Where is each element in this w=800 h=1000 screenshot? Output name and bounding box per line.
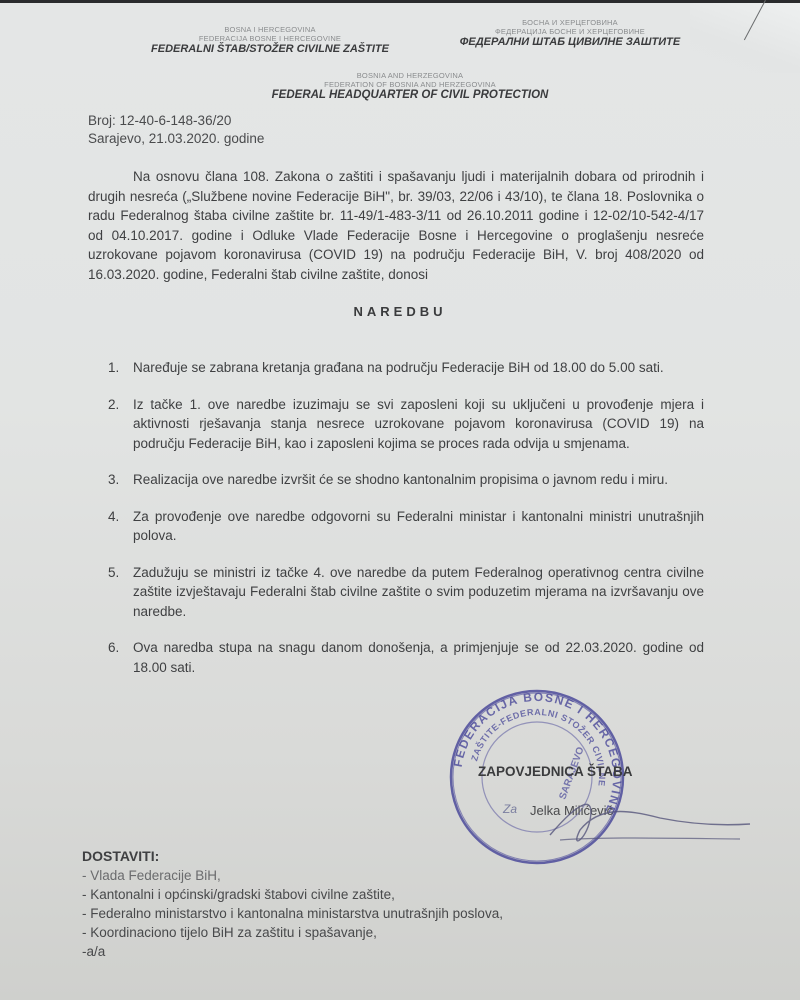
order-item: 1.Naređuje se zabrana kretanja građana n… bbox=[108, 358, 704, 378]
order-item-number: 6. bbox=[108, 638, 119, 658]
order-item-text: Ova naredba stupa na snagu danom donošen… bbox=[133, 640, 704, 675]
order-item-number: 5. bbox=[108, 563, 119, 583]
intro-paragraph: Na osnovu člana 108. Zakona o zaštiti i … bbox=[88, 167, 704, 284]
document-title: NAREDBU bbox=[0, 304, 800, 319]
distribution-item: - Kantonalni i općinski/gradski štabovi … bbox=[82, 885, 642, 904]
order-item-number: 2. bbox=[108, 395, 119, 415]
letterhead-right-line2: ФЕДЕРАЦИЈА БОСНЕ И ХЕРЦЕГОВИНЕ bbox=[440, 28, 700, 37]
place-date: Sarajevo, 21.03.2020. godine bbox=[88, 130, 264, 148]
order-items: 1.Naređuje se zabrana kretanja građana n… bbox=[108, 358, 704, 677]
letterhead-center-title: FEDERAL HEADQUARTER OF CIVIL PROTECTION bbox=[240, 89, 580, 102]
order-item-number: 4. bbox=[108, 507, 119, 527]
order-item-text: Iz tačke 1. ove naredbe izuzimaju se svi… bbox=[133, 397, 704, 451]
signatory-title: ZAPOVJEDNICA ŠTABA bbox=[478, 764, 633, 779]
distribution-item: -a/a bbox=[82, 942, 642, 961]
order-item: 6.Ova naredba stupa na snagu danom donoš… bbox=[108, 638, 704, 677]
order-item-text: Naređuje se zabrana kretanja građana na … bbox=[133, 360, 664, 375]
order-item-number: 1. bbox=[108, 358, 119, 378]
distribution-item: - Federalno ministarstvo i kantonalna mi… bbox=[82, 904, 642, 923]
order-item: 3.Realizacija ove naredbe izvršit će se … bbox=[108, 470, 704, 490]
order-item: 4.Za provođenje ove naredbe odgovorni su… bbox=[108, 507, 704, 546]
letterhead-right: БОСНА И ХЕРЦЕГОВИНА ФЕДЕРАЦИЈА БОСНЕ И Х… bbox=[440, 19, 700, 49]
order-item: 2.Iz tačke 1. ove naredbe izuzimaju se s… bbox=[108, 395, 704, 454]
signature-za-mark: Za bbox=[503, 802, 517, 816]
order-item-text: Zadužuju se ministri iz tačke 4. ove nar… bbox=[133, 565, 704, 619]
letterhead-right-title: ФЕДЕРАЛНИ ШТАБ ЦИВИЛНЕ ЗАШТИТЕ bbox=[440, 36, 700, 49]
order-item-number: 3. bbox=[108, 470, 119, 490]
distribution-item: - Vlada Federacije BiH, bbox=[82, 866, 642, 885]
letterhead-left: BOSNA I HERCEGOVINA FEDERACIJA BOSNE I H… bbox=[150, 26, 390, 56]
letterhead-center-line2: FEDERATION OF BOSNIA AND HERZEGOVINA bbox=[240, 81, 580, 90]
reference-number: Broj: 12-40-6-148-36/20 bbox=[88, 112, 264, 130]
distribution-heading: DOSTAVITI: bbox=[82, 846, 642, 866]
letterhead-left-title: FEDERALNI ŠTAB/STOŽER CIVILNE ZAŠTITE bbox=[150, 43, 390, 56]
distribution-list: DOSTAVITI: - Vlada Federacije BiH,- Kant… bbox=[82, 846, 642, 961]
reference-block: Broj: 12-40-6-148-36/20 Sarajevo, 21.03.… bbox=[88, 112, 264, 148]
letterhead-center: BOSNIA AND HERZEGOVINA FEDERATION OF BOS… bbox=[240, 72, 580, 102]
order-item: 5.Zadužuju se ministri iz tačke 4. ove n… bbox=[108, 563, 704, 622]
distribution-item: - Koordinaciono tijelo BiH za zaštitu i … bbox=[82, 923, 642, 942]
order-item-text: Za provođenje ove naredbe odgovorni su F… bbox=[133, 509, 704, 544]
distribution-items: - Vlada Federacije BiH,- Kantonalni i op… bbox=[82, 866, 642, 961]
letterhead-left-line2: FEDERACIJA BOSNE I HERCEGOVINE bbox=[150, 35, 390, 44]
order-item-text: Realizacija ove naredbe izvršit će se sh… bbox=[133, 472, 668, 487]
